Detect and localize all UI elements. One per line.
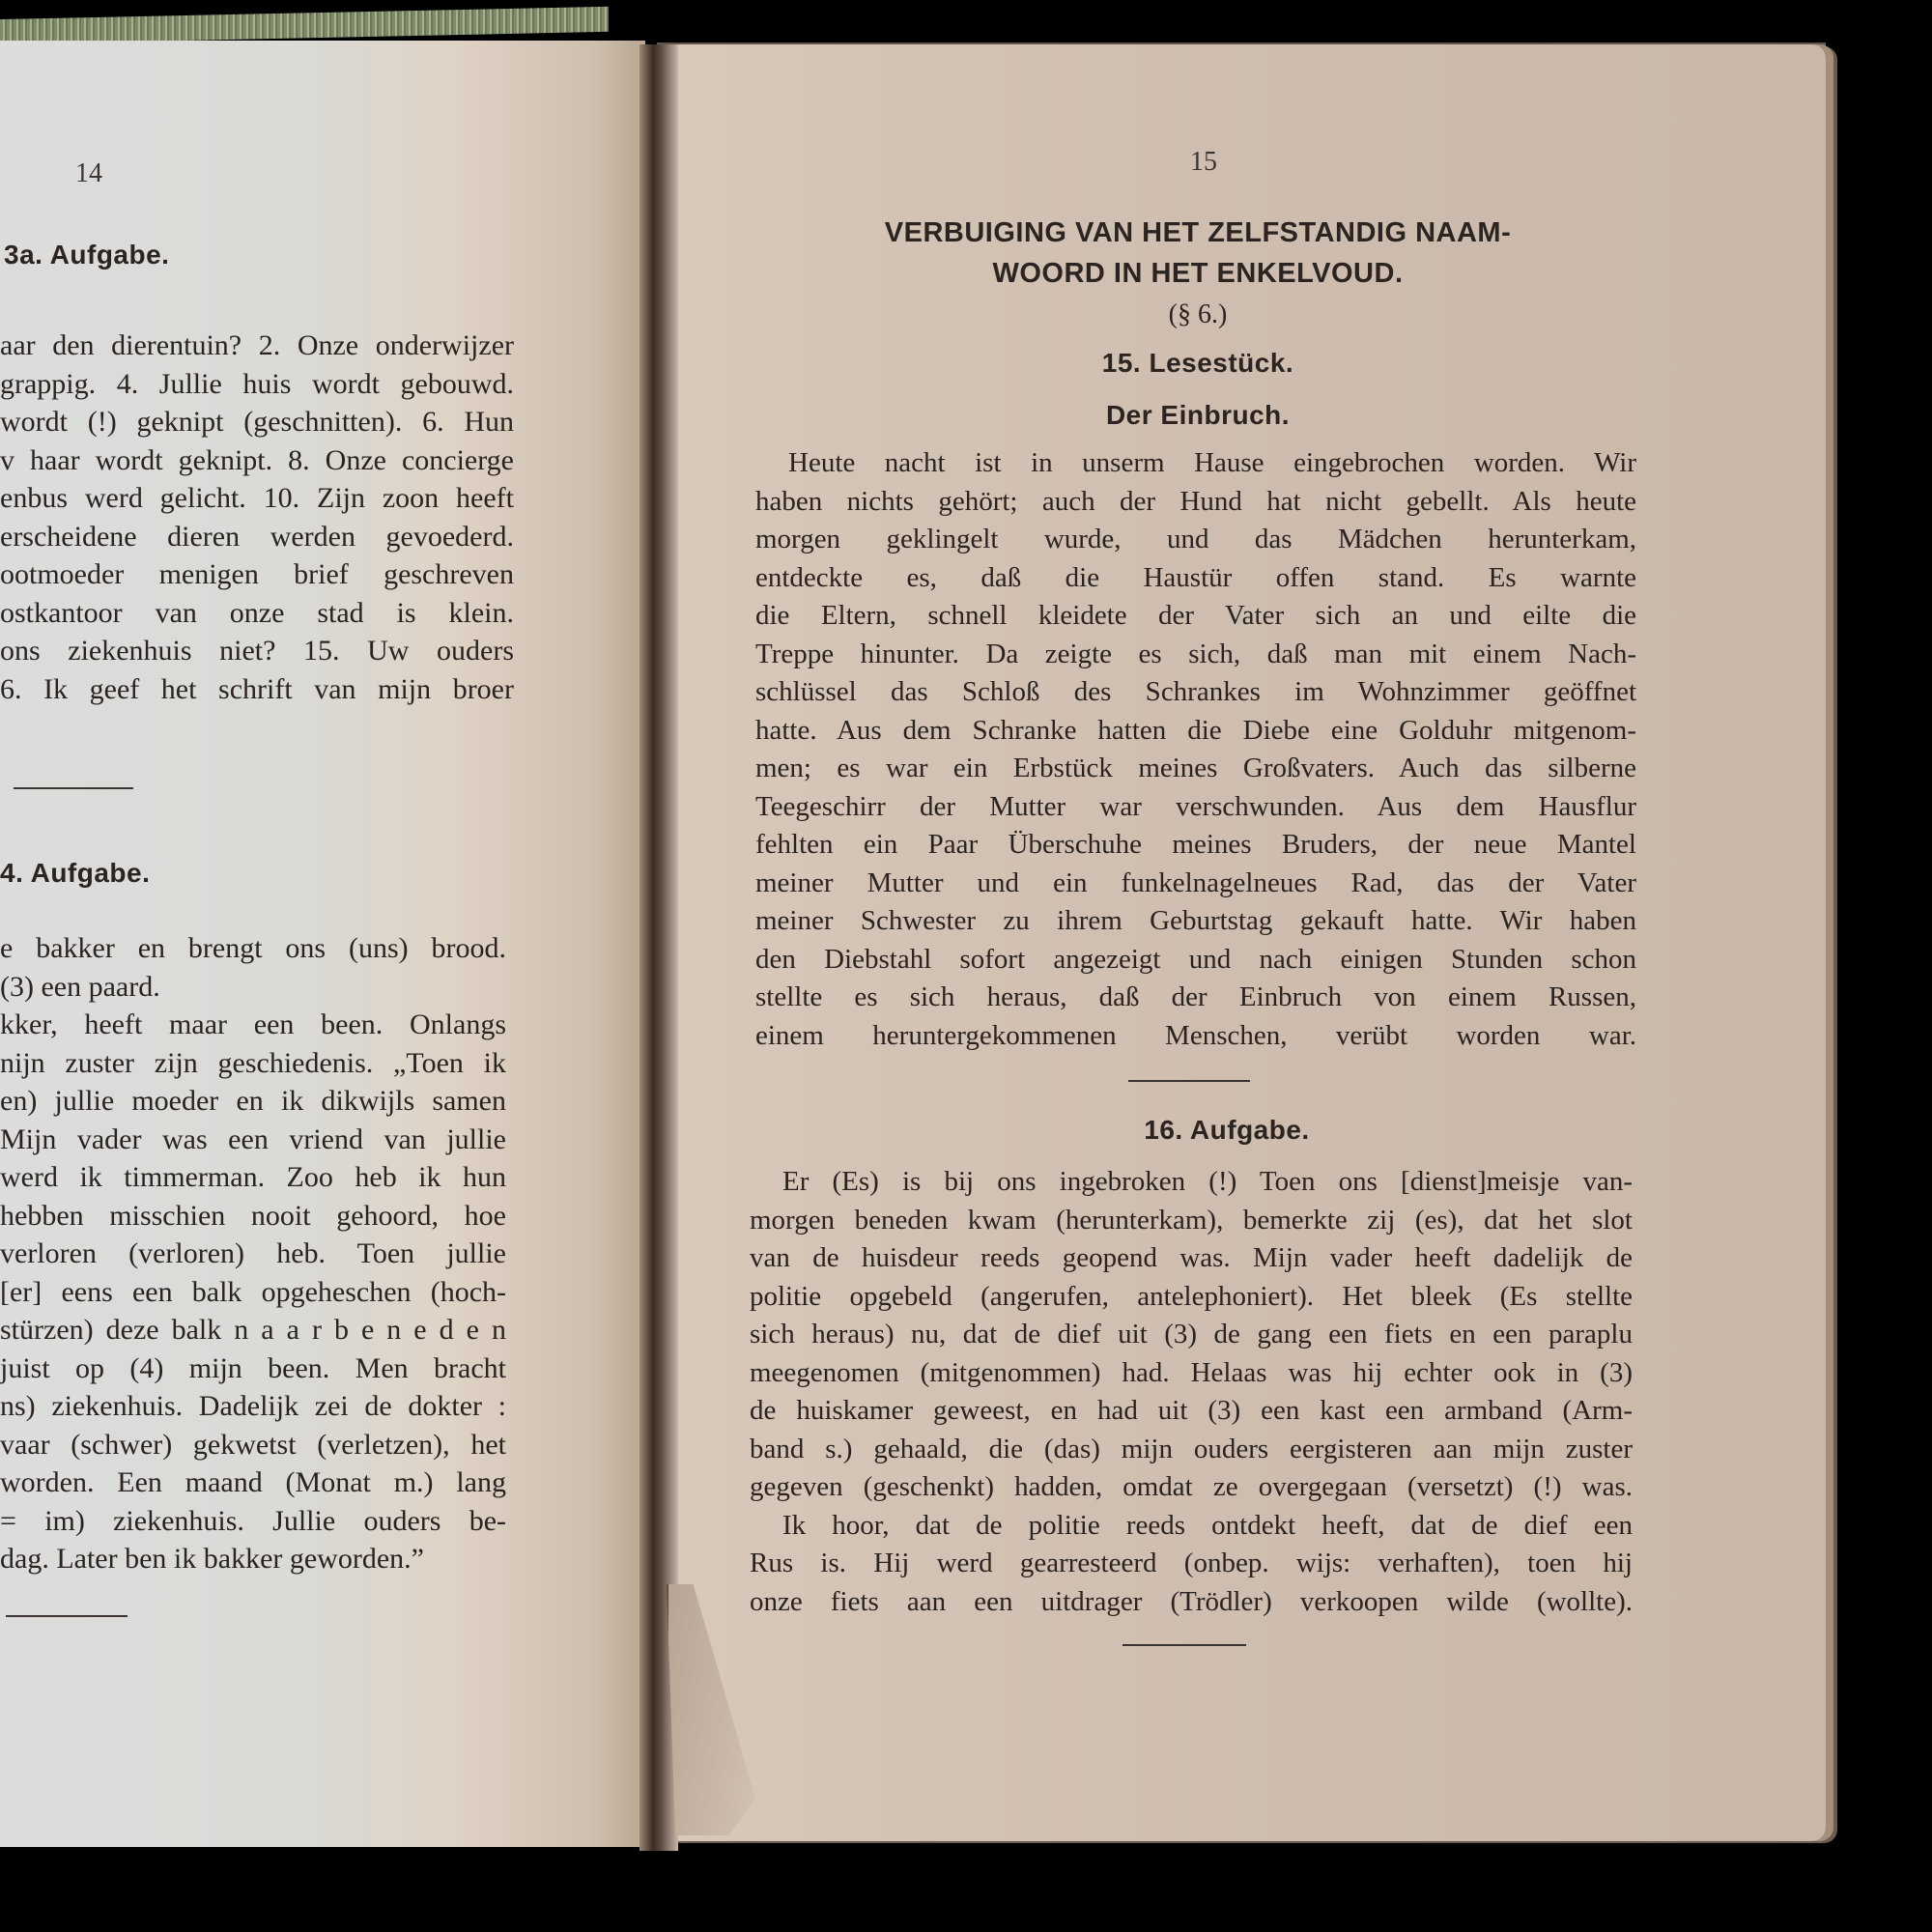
text-line: men; es war ein Erbstück meines Großvate…	[755, 750, 1636, 788]
text-line: ns) ziekenhuis. Dadelijk zei de dokter :	[0, 1387, 506, 1426]
text-line: einem heruntergekommenen Menschen, verüb…	[755, 1017, 1636, 1056]
reading-heading: 15. Lesestück.	[966, 344, 1430, 383]
section-reference: (§ 6.)	[1063, 296, 1333, 334]
text-line: Er (Es) is bij ons ingebroken (!) Toen o…	[750, 1163, 1633, 1202]
text-line: aar den dierentuin? 2. Onze onderwijzer	[0, 327, 514, 365]
section-divider	[1128, 1080, 1250, 1082]
text-line: fehlten ein Paar Überschuhe meines Brude…	[755, 826, 1636, 865]
text-line: stürzen) deze balk n a a r b e n e d e n	[0, 1311, 506, 1350]
exercise-13a-heading: 3a. Aufgabe.	[4, 236, 169, 274]
text-line: (3) een paard.	[0, 968, 506, 1007]
right-page-number: 15	[1190, 147, 1217, 178]
text-line: meegenomen (mitgenommen) had. Helaas was…	[750, 1354, 1633, 1393]
text-line: Ik hoor, dat de politie reeds ontdekt he…	[750, 1507, 1633, 1546]
text-line: de huiskamer geweest, en had uit (3) een…	[750, 1392, 1633, 1431]
left-page-number: 14	[75, 158, 102, 189]
text-line: Teegeschirr der Mutter war verschwunden.…	[755, 788, 1636, 827]
text-line: schlüssel das Schloß des Schrankes im Wo…	[755, 673, 1636, 712]
text-line: kker, heeft maar een been. Onlangs	[0, 1006, 506, 1044]
section-divider	[1122, 1644, 1246, 1646]
text-line: entdeckte es, daß die Haustür offen stan…	[755, 559, 1636, 598]
exercise-16-heading: 16. Aufgabe.	[966, 1111, 1488, 1150]
section-divider	[6, 1615, 128, 1617]
text-line: meiner Mutter und ein funkelnagelneues R…	[755, 865, 1636, 903]
book-cover-edge	[0, 7, 609, 44]
text-line: Treppe hinunter. Da zeigte es sich, daß …	[755, 636, 1636, 674]
text-line: 6. Ik geef het schrift van mijn broer	[0, 670, 514, 709]
text-line: gegeven (geschenkt) hadden, omdat ze ove…	[750, 1468, 1633, 1507]
text-line: erscheidene dieren werden gevoederd.	[0, 518, 514, 556]
text-line: stellte es sich heraus, daß der Einbruch…	[755, 979, 1636, 1017]
exercise-14-heading: 4. Aufgabe.	[0, 854, 150, 893]
text-line: band s.) gehaald, die (das) mijn ouders …	[750, 1431, 1633, 1469]
text-line: ostkantoor van onze stad is klein.	[0, 594, 514, 633]
section-divider	[14, 787, 133, 789]
exercise-13a-text: aar den dierentuin? 2. Onze onderwijzer …	[0, 327, 514, 708]
text-line: Rus is. Hij werd gearresteerd (onbep. wi…	[750, 1545, 1633, 1583]
text-line: ootmoeder menigen brief geschreven	[0, 555, 514, 594]
book-gutter	[639, 44, 678, 1851]
text-line: werd ik timmerman. Zoo heb ik hun	[0, 1158, 506, 1197]
text-line: politie opgebeld (angerufen, antelephoni…	[750, 1278, 1633, 1317]
text-line: vaar (schwer) gekwetst (verletzen), het	[0, 1426, 506, 1464]
text-line: Mijn vader was een vriend van jullie	[0, 1121, 506, 1159]
chapter-title-line-2: WOORD IN HET ENKELVOUD.	[831, 255, 1565, 294]
exercise-14-text: e bakker en brengt ons (uns) brood. (3) …	[0, 929, 506, 1578]
chapter-title-line-1: VERBUIGING VAN HET ZELFSTANDIG NAAM-	[831, 214, 1565, 253]
text-line: [er] eens een balk opgeheschen (hoch-	[0, 1273, 506, 1312]
text-line: haben nichts gehört; auch der Hund hat n…	[755, 483, 1636, 522]
text-line: grappig. 4. Jullie huis wordt gebouwd.	[0, 365, 514, 404]
text-line: onze fiets aan een uitdrager (Trödler) v…	[750, 1583, 1633, 1622]
text-line: v haar wordt geknipt. 8. Onze concierge	[0, 441, 514, 480]
reading-title: Der Einbruch.	[966, 396, 1430, 435]
text-line: morgen geklingelt wurde, und das Mädchen…	[755, 521, 1636, 559]
text-line: morgen beneden kwam (herunterkam), bemer…	[750, 1202, 1633, 1240]
text-line: den Diebstahl sofort angezeigt und nach …	[755, 941, 1636, 980]
text-line: hatte. Aus dem Schranke hatten die Diebe…	[755, 712, 1636, 751]
text-line: verloren (verloren) heb. Toen jullie	[0, 1235, 506, 1273]
reading-text: Heute nacht ist in unserm Hause eingebro…	[755, 444, 1636, 1055]
text-line: sich heraus) nu, dat de dief uit (3) de …	[750, 1316, 1633, 1354]
text-line: worden. Een maand (Monat m.) lang	[0, 1463, 506, 1502]
text-line: ons ziekenhuis niet? 15. Uw ouders	[0, 632, 514, 670]
text-line: Heute nacht ist in unserm Hause eingebro…	[755, 444, 1636, 483]
text-line: wordt (!) geknipt (geschnitten). 6. Hun	[0, 403, 514, 441]
text-line: enbus werd gelicht. 10. Zijn zoon heeft	[0, 479, 514, 518]
text-line: en) jullie moeder en ik dikwijls samen	[0, 1082, 506, 1121]
text-line: die Eltern, schnell kleidete der Vater s…	[755, 597, 1636, 636]
text-line: e bakker en brengt ons (uns) brood.	[0, 929, 506, 968]
text-line: meiner Schwester zu ihrem Geburtstag gek…	[755, 902, 1636, 941]
text-line: nijn zuster zijn geschiedenis. „Toen ik	[0, 1044, 506, 1083]
text-line: juist op (4) mijn been. Men bracht	[0, 1350, 506, 1388]
text-line: dag. Later ben ik bakker geworden.”	[0, 1540, 506, 1578]
text-line: = im) ziekenhuis. Jullie ouders be-	[0, 1502, 506, 1541]
text-line: hebben misschien nooit gehoord, hoe	[0, 1197, 506, 1236]
text-line: van de huisdeur reeds geopend was. Mijn …	[750, 1239, 1633, 1278]
exercise-16-text: Er (Es) is bij ons ingebroken (!) Toen o…	[750, 1163, 1633, 1621]
